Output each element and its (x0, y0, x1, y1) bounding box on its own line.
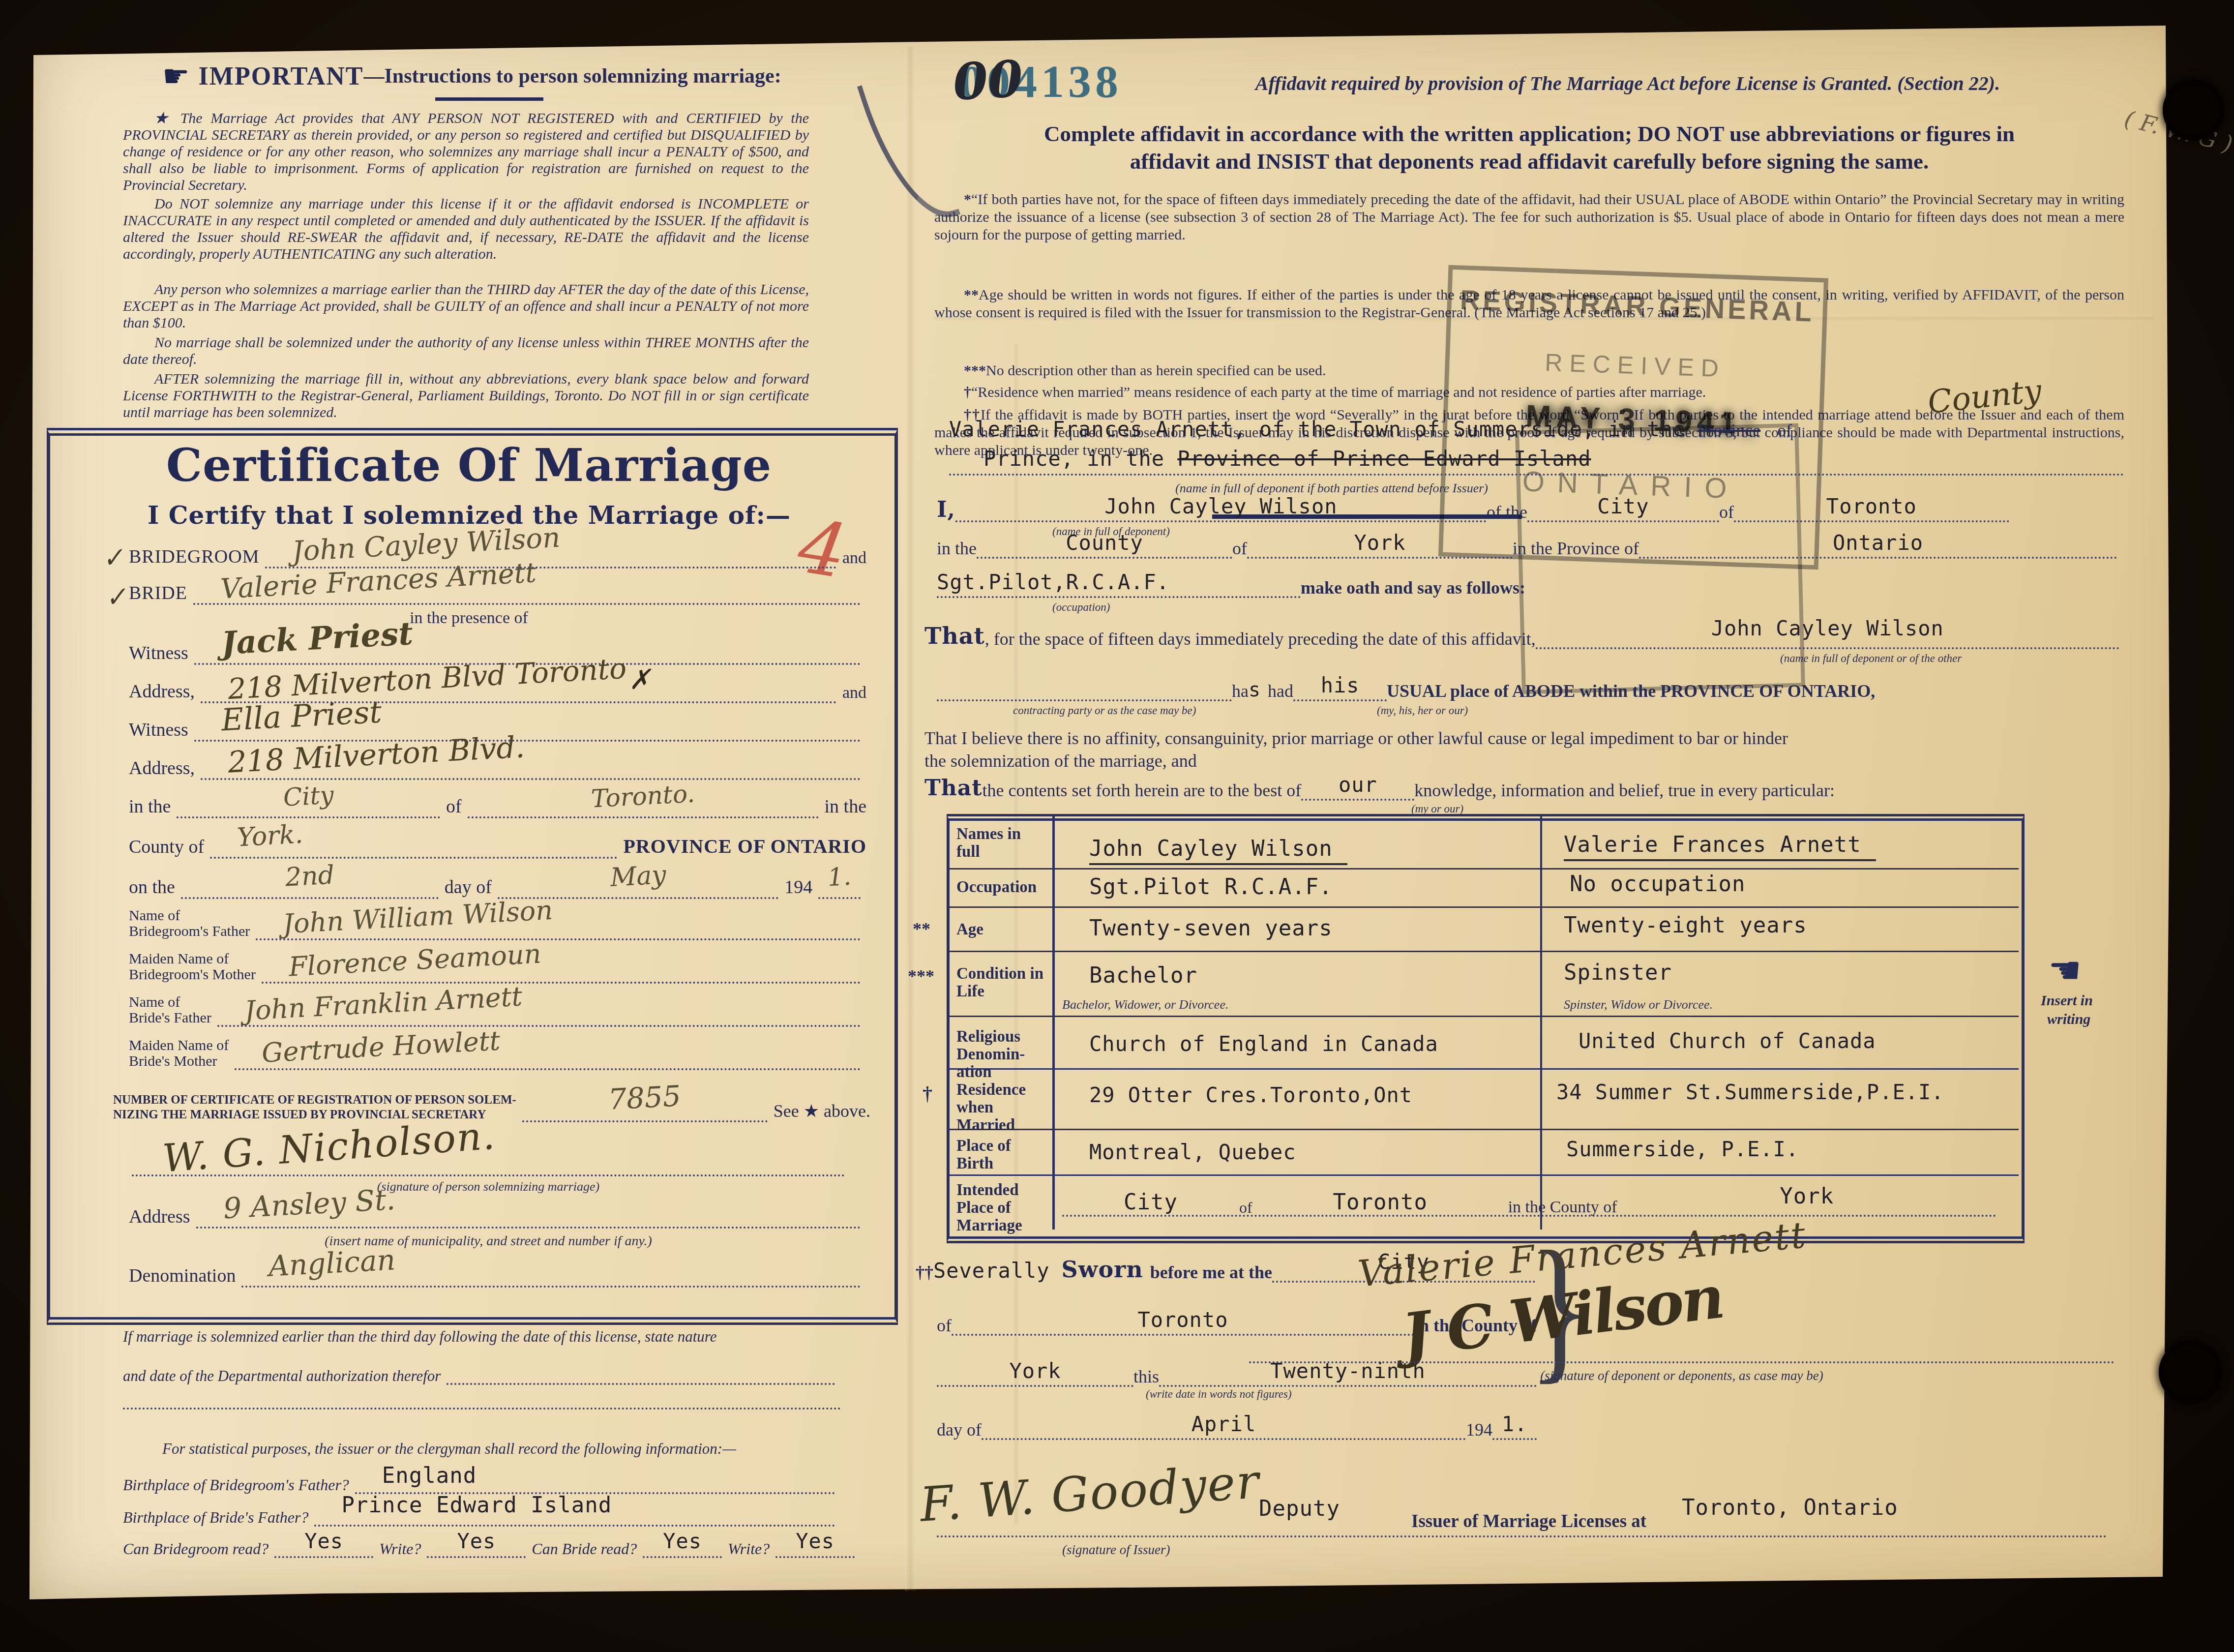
important-header-strong: IMPORTANT (199, 62, 364, 91)
province-of-ontario: PROVINCE OF ONTARIO (623, 835, 866, 859)
witness1-label: Witness (129, 642, 188, 665)
bride-field: Valerie Frances Arnett (193, 571, 861, 605)
table-groom-name: John Cayley Wilson (1089, 836, 1347, 865)
insert-hand-icon: ☚ (2048, 948, 2082, 992)
province-struck: Province (1698, 421, 1760, 440)
table-divider-7 (947, 1174, 2019, 1176)
age-marker: ** (913, 919, 930, 939)
york-field: York (1247, 533, 1513, 559)
date-year-printed: 194 (784, 876, 812, 899)
jurat-daggers: †† (916, 1262, 933, 1283)
table-bride-residence: 34 Summer St.Summerside,P.E.I. (1556, 1080, 1944, 1104)
intended-place-row: City of Toronto in the County of York (1062, 1187, 1996, 1217)
that1-name-typed: John Cayley Wilson (1711, 616, 1944, 640)
table-divider-5 (947, 1068, 2019, 1070)
that1-line: That , for the space of fifteen days imm… (924, 619, 2119, 649)
see-star-above: See ★ above. (774, 1101, 870, 1122)
that3-pre: the contents set forth herein are to the… (983, 780, 1302, 801)
date-l2: day of (445, 876, 492, 899)
lineA-of: of (1777, 421, 1792, 440)
bridegroom-father-row: Name ofBridegroom's Father John William … (129, 904, 866, 940)
table-bride-name: Valerie Frances Arnett (1564, 832, 1876, 861)
table-divider-4 (947, 1016, 2019, 1017)
instruction-paragraph-3: Any person who solemnizes a marriage ear… (123, 281, 809, 331)
birthplace-bride-father-row: Birthplace of Bride's Father? Prince Edw… (123, 1499, 841, 1527)
county-field: York. (210, 827, 617, 859)
table-groom-birthplace: Montreal, Quebec (1089, 1140, 1296, 1164)
authorization-line-2: and date of the Departmental authorizati… (123, 1363, 841, 1385)
bridegroom-write-value: Yes (457, 1529, 496, 1553)
date-row: on the 2nd day of May 194 1. (129, 868, 866, 899)
can-bride-read-label: Can Bride read? (532, 1540, 637, 1558)
pointing-hand-icon: ☛ (162, 58, 190, 94)
jurat-york-field: York (937, 1361, 1133, 1387)
address2-field: 218 Milverton Blvd. (201, 744, 861, 780)
county-province-line: in the County of York in the Province of… (937, 530, 2117, 559)
bf-l1: Name of (129, 994, 180, 1010)
groom-city-field: City (1527, 496, 1719, 522)
date-l1: on the (129, 876, 175, 899)
bride-row: BRIDE Valerie Frances Arnett (129, 572, 866, 605)
issuer-signature-line (937, 1535, 2107, 1537)
table-label-names: Names in full (956, 825, 1047, 861)
issuer-place-typed: Toronto, Ontario (1682, 1495, 1898, 1520)
lineD-mid: in the Province of (1513, 538, 1639, 559)
bride-read-value: Yes (663, 1529, 702, 1553)
deponent-line-groom: I, John Cayley Wilson of the City of Tor… (937, 492, 2117, 522)
bf-l2: Bride's Father (129, 1010, 211, 1026)
birthplace-bf-value: Prince Edward Island (341, 1493, 612, 1518)
lineD-of: of (1232, 538, 1247, 559)
bride-mother-label: Maiden Name ofBride's Mother (129, 1038, 229, 1070)
and-text-2: and (842, 684, 866, 703)
jurat-year-printed: 194 (1466, 1419, 1492, 1440)
county-field: County (977, 533, 1232, 559)
instruction-paragraph-2: Do NOT solemnize any marriage under this… (123, 196, 809, 263)
jurat-line-4: day of April 194 1. (937, 1412, 1537, 1440)
birthplace-bgf-label: Birthplace of Bridegroom's Father? (123, 1476, 349, 1494)
registration-number-field: 7855 (522, 1087, 768, 1122)
table-bride-condition-note: Spinster, Widow or Divorcee. (1564, 997, 1713, 1012)
serial-ink-overwrite: 00 (952, 49, 1024, 112)
bridegroom-father-field: John William Wilson (256, 907, 861, 940)
witness2-label: Witness (129, 719, 188, 742)
insert-in-writing-2: writing (2047, 1011, 2090, 1028)
table-label-occupation: Occupation (956, 878, 1047, 897)
bride-read-field: Yes (643, 1532, 722, 1558)
jurat-toronto-typed: Toronto (1137, 1308, 1228, 1332)
abode-caption-1: contracting party or as the case may be) (1013, 704, 1196, 717)
that3-line: That the contents set forth herein are t… (924, 772, 2119, 801)
presence-line: in the presence of (47, 609, 891, 628)
that1-name-field: John Cayley Wilson (1536, 623, 2119, 649)
table-label-divider (1052, 814, 1055, 1230)
abode-s-typed: s (1249, 679, 1261, 701)
bm-l2: Bride's Mother (129, 1053, 217, 1069)
instruction-text-1: The Marriage Act provides that ANY PERSO… (123, 110, 809, 193)
birthplace-bf-field: Prince Edward Island (314, 1500, 835, 1527)
that3-post: knowledge, information and belief, true … (1414, 780, 1835, 801)
instruction-text-4: No marriage shall be solemnized under th… (123, 334, 809, 367)
groom-city-typed: City (1597, 494, 1649, 518)
table-bride-age: Twenty-eight years (1564, 913, 1807, 938)
authorization-line-1: If marriage is solemnized earlier than t… (123, 1328, 821, 1346)
table-bride-religion: United Church of Canada (1579, 1029, 1876, 1053)
table-bride-condition: Spinster (1564, 960, 1672, 985)
sworn-word: Sworn (1062, 1256, 1143, 1283)
date-year-field: 1. (818, 869, 861, 899)
insert-in-writing-1: Insert in (2041, 992, 2093, 1009)
regnum-l1: NUMBER OF CERTIFICATE OF REGISTRATION OF… (113, 1093, 516, 1107)
witness2-field: Ella Priest (194, 704, 861, 742)
before-me-text: before me at the (1150, 1262, 1272, 1283)
groom-place-field: Toronto (1734, 496, 2009, 522)
table-groom-condition: Bachelor (1089, 963, 1197, 988)
footnote-2-marker: ** (964, 287, 979, 303)
certify-line: I Certify that I solemnized the Marriage… (148, 501, 791, 530)
county-value: York. (237, 820, 304, 853)
important-header-rest: —Instructions to person solemnizing marr… (363, 64, 781, 88)
occupation-field: Sgt.Pilot,R.C.A.F. (937, 572, 1301, 598)
table-divider-1 (947, 868, 2019, 870)
province-pei-struck: Province of Prince Edward Island (1177, 447, 1591, 471)
lineC-ofthe: of the (1487, 502, 1527, 522)
address2-label: Address, (129, 757, 195, 780)
jurat-toronto-field: Toronto (952, 1310, 1414, 1336)
statistical-intro: For statistical purposes, the issuer or … (162, 1440, 851, 1458)
prince-typed: Prince, in the (983, 447, 1177, 471)
that1-caption: (name in full of deponent or of the othe… (1780, 652, 1962, 665)
instruction-paragraph-1: ★ The Marriage Act provides that ANY PER… (123, 110, 809, 194)
county-label: County of (129, 836, 204, 859)
solemnizer-address-row: Address 9 Ansley St. (129, 1196, 866, 1229)
table-label-residence: Residence when Married (956, 1081, 1047, 1134)
bridegroom-father-label: Name ofBridegroom's Father (129, 908, 250, 940)
footnote-3-text: No description other than as herein spec… (986, 362, 1326, 379)
abode-his-typed: his (1321, 673, 1360, 697)
instruction-text-3: Any person who solemnizes a marriage ear… (123, 281, 809, 331)
city-field: City (177, 788, 440, 818)
abode-ha: ha (1232, 681, 1249, 701)
instruction-text-2: Do NOT solemnize any marriage under this… (123, 196, 809, 262)
intended-place-field: Toronto (1252, 1192, 1508, 1217)
bgm-l1: Maiden Name of (129, 951, 229, 967)
occupation-typed: Sgt.Pilot,R.C.A.F. (937, 570, 1169, 594)
bridegroom-label: BRIDEGROOM (129, 546, 259, 569)
city-town-field: Toronto. (468, 788, 819, 818)
solemnizer-signature-line (132, 1174, 845, 1176)
bride-mother-row: Maiden Name ofBride's Mother Gertrude Ho… (129, 1034, 866, 1070)
birthplace-bgf-field: England (355, 1467, 835, 1494)
intended-city-field: City (1062, 1192, 1239, 1217)
important-header: ☛ IMPORTANT —Instructions to person sole… (162, 58, 821, 94)
bgf-l2: Bridegroom's Father (129, 923, 250, 939)
authorization-field (447, 1383, 835, 1385)
affidavit-bold-line-1: Complete affidavit in accordance with th… (934, 121, 2124, 147)
denomination-row: Denomination Anglican (129, 1253, 866, 1288)
stamp-registrar-general: REGISTRAR GENERAL (1451, 283, 1823, 328)
groom-place-typed: Toronto (1826, 494, 1917, 518)
bride-write-label: Write? (728, 1540, 770, 1558)
stamp-received: RECEIVED (1449, 345, 1821, 386)
occupation-line: Sgt.Pilot,R.C.A.F. make oath and say as … (937, 570, 2117, 598)
that3-word: That (924, 776, 983, 801)
table-divider-3 (947, 951, 2019, 952)
lineC-I: I, (937, 497, 955, 522)
abode-his-field: his (1293, 675, 1387, 701)
city-l1: in the (129, 796, 171, 818)
city-l2: of (446, 796, 462, 818)
footnote-3-marker: *** (964, 362, 986, 379)
jurat-year-field: 1. (1492, 1414, 1537, 1440)
bridegroom-read-field: Yes (274, 1532, 373, 1558)
bride-label: BRIDE (129, 582, 187, 605)
issuer-label: Issuer of Marriage Licenses at (1411, 1511, 1646, 1532)
and-text-1: and (842, 549, 866, 569)
york-typed: York (1354, 531, 1405, 555)
jurat-york-typed: York (1009, 1359, 1061, 1383)
city-row: in the City of Toronto. in the (129, 787, 866, 818)
deponent-signature-line (1249, 1361, 2115, 1363)
denomination-label: Denomination (129, 1265, 236, 1288)
jurat-month-field: April (982, 1414, 1466, 1440)
occupation-caption: (occupation) (1052, 601, 1110, 614)
date-day-value: 2nd (284, 860, 335, 892)
abode-caption-2: (my, his, her or our) (1377, 704, 1468, 717)
abode-line: ha s had his USUAL place of ABODE within… (937, 673, 2117, 701)
make-oath-text: make oath and say as follows: (1301, 577, 1525, 598)
city-value: City (282, 781, 334, 811)
footnote-1-marker: * (964, 191, 971, 208)
abode-blank-field (937, 699, 1232, 701)
birthplace-bf-label: Birthplace of Bride's Father? (123, 1508, 308, 1527)
bride-write-value: Yes (796, 1529, 834, 1553)
intended-county-typed: York (1780, 1184, 1834, 1209)
bridegroom-read-value: Yes (304, 1529, 343, 1553)
condition-marker: *** (908, 966, 934, 987)
deputy-typed: Deputy (1259, 1496, 1340, 1521)
county-row: County of York. PROVINCE OF ONTARIO (129, 827, 866, 859)
table-label-condition: Condition in Life (956, 965, 1047, 1000)
jurat-date-caption: (write date in words not figures) (1146, 1388, 1292, 1401)
bridegroom-write-label: Write? (379, 1540, 421, 1558)
that1-word: That (924, 623, 985, 649)
checkmark-bridegroom: ✓ (100, 542, 126, 574)
witness2-value: Ella Priest (220, 694, 383, 738)
bride-father-row: Name ofBride's Father John Franklin Arne… (129, 991, 866, 1027)
ontario-field: Ontario (1639, 533, 2117, 559)
city-l3: in the (825, 796, 866, 818)
bride-father-field: John Franklin Arnett (217, 994, 861, 1027)
authorization-blank-line (123, 1408, 841, 1410)
bridegroom-field: John Cayley Wilson (265, 535, 836, 569)
instruction-text-5: AFTER solemnizing the marriage fill in, … (123, 371, 809, 421)
ink-cross-mark: ✗ (628, 663, 652, 695)
jurat-year-typed: 1. (1502, 1412, 1528, 1436)
instruction-paragraph-4: No marriage shall be solemnized under th… (123, 334, 809, 368)
table-bride-birthplace: Summerside, P.E.I. (1566, 1137, 1799, 1161)
table-label-religion: Religious Denomin-ation (956, 1028, 1047, 1081)
date-month-field: May (498, 868, 778, 899)
table-label-age: Age (956, 921, 1047, 939)
intended-county-label: in the County of (1508, 1198, 1617, 1217)
intended-county-field: York (1617, 1192, 1996, 1217)
groom-name-typed: John Cayley Wilson (1104, 494, 1337, 518)
groom-name-field: John Cayley Wilson (955, 496, 1487, 522)
table-label-birthplace: Place of Birth (956, 1137, 1047, 1172)
footnote-1: *“If both parties have not, for the spac… (934, 191, 2124, 244)
footnote-4-marker: † (964, 384, 971, 400)
table-divider-2 (947, 906, 2019, 908)
solemnizer-address-caption: (insert name of municipality, and street… (132, 1233, 845, 1249)
literacy-row: Can Bridegroom read? Yes Write? Yes Can … (123, 1531, 861, 1558)
bride-father-label: Name ofBride's Father (129, 994, 211, 1027)
that2-line: That I believe there is no affinity, con… (924, 727, 2119, 772)
deponent-line-bride: Valerie Frances Arnett, of the Town of S… (949, 417, 2124, 441)
birthplace-bgf-value: England (382, 1463, 477, 1488)
city-town-value: Toronto. (591, 780, 696, 813)
can-bridegroom-read-label: Can Bridegroom read? (123, 1540, 268, 1558)
bridegroom-write-field: Yes (427, 1532, 526, 1558)
certificate-title: Certificate Of Marriage (47, 439, 891, 492)
intended-place-typed: Toronto (1333, 1190, 1427, 1215)
residence-marker: † (923, 1082, 932, 1105)
bridegroom-mother-field: Florence Seamoun (262, 951, 861, 984)
county-typed: County (1066, 531, 1143, 555)
abode-had: had (1268, 681, 1293, 701)
jurat-dayof: day of (937, 1419, 982, 1440)
lineD-pre: in the (937, 538, 977, 559)
intended-city-typed: City (1124, 1190, 1178, 1215)
ontario-typed: Ontario (1833, 531, 1923, 555)
abode-text: USUAL place of ABODE within the PROVINCE… (1387, 681, 1875, 701)
deponent-signature-caption: (signature of deponent or deponents, as … (1249, 1368, 2115, 1383)
bridegroom-mother-label: Maiden Name ofBridegroom's Mother (129, 951, 256, 984)
table-mid-divider (1540, 814, 1542, 1230)
footnote-1-text: “If both parties have not, for the space… (934, 191, 2124, 243)
affidavit-bold-line-2: affidavit and INSIST that deponents read… (934, 149, 2124, 174)
authorization-line-2-text: and date of the Departmental authorizati… (123, 1367, 441, 1385)
hole-punch-bottom (2159, 1341, 2222, 1404)
bride-deponent-typed: Valerie Frances Arnett, of the Town of S… (949, 417, 1686, 441)
bgf-l1: Name of (129, 907, 180, 924)
table-groom-residence: 29 Otter Cres.Toronto,Ont (1089, 1083, 1412, 1107)
that3-our-field: our (1301, 775, 1414, 801)
solemnizer-address-label: Address (129, 1206, 190, 1229)
table-groom-religion: Church of England in Canada (1089, 1032, 1438, 1056)
jurat-month-typed: April (1191, 1412, 1256, 1436)
scanned-document-photo: { "left": { "header_pointer": "☛", "head… (0, 0, 2234, 1652)
address2-row: Address, 218 Milverton Blvd. (129, 746, 866, 780)
date-year-value: 1. (827, 862, 852, 892)
table-label-intended: Intended Place of Marriage (956, 1181, 1047, 1234)
table-divider-6 (947, 1129, 2019, 1130)
date-month-value: May (609, 860, 667, 893)
that2-text-a: That I believe there is no affinity, con… (924, 728, 1788, 748)
table-groom-age: Twenty-seven years (1089, 916, 1333, 941)
deponent-line-residence: Prince, in the Province of Prince Edward… (949, 447, 2124, 476)
denomination-value: Anglican (268, 1243, 396, 1283)
severally-typed: Severally (933, 1259, 1050, 1283)
hole-punch-top (2163, 80, 2224, 141)
bgm-l2: Bridegroom's Mother (129, 966, 256, 983)
jurat-of: of (937, 1315, 952, 1336)
issuer-signature-caption: (signature of Issuer) (1062, 1542, 1170, 1558)
lineC-of: of (1719, 502, 1734, 522)
header-underline (435, 97, 543, 101)
address1-row: Address, 218 Milverton Blvd Toronto ✗ an… (129, 669, 866, 703)
intended-of: of (1239, 1199, 1252, 1217)
bride-write-field: Yes (775, 1532, 855, 1558)
denomination-field: Anglican (241, 1252, 861, 1288)
table-groom-occupation: Sgt.Pilot R.C.A.F. (1089, 874, 1333, 900)
affidavit-header: Affidavit required by provision of The M… (1195, 72, 2060, 95)
solemnizer-address-field: 9 Ansley St. (196, 1193, 861, 1229)
registration-number-value: 7855 (608, 1079, 682, 1116)
bridegroom-mother-row: Maiden Name ofBridegroom's Mother Floren… (129, 947, 866, 984)
date-day-field: 2nd (181, 868, 439, 899)
star-icon: ★ (154, 110, 172, 126)
that3-our: our (1339, 773, 1377, 797)
bride-mother-field: Gertrude Howlett (235, 1037, 861, 1070)
that2-text-b: the solemnization of the marriage, and (924, 751, 1197, 771)
that1-text: , for the space of fifteen days immediat… (985, 629, 1536, 649)
table-groom-condition-note: Bachelor, Widower, or Divorcee. (1062, 997, 1228, 1012)
bm-l1: Maiden Name of (129, 1037, 229, 1053)
table-bride-occupation: No occupation (1570, 871, 1745, 897)
address1-label: Address, (129, 681, 195, 703)
instruction-paragraph-5: AFTER solemnizing the marriage fill in, … (123, 371, 809, 421)
birthplace-bridegroom-father-row: Birthplace of Bridegroom's Father? Engla… (123, 1467, 841, 1494)
jurat-this: this (1133, 1366, 1159, 1387)
